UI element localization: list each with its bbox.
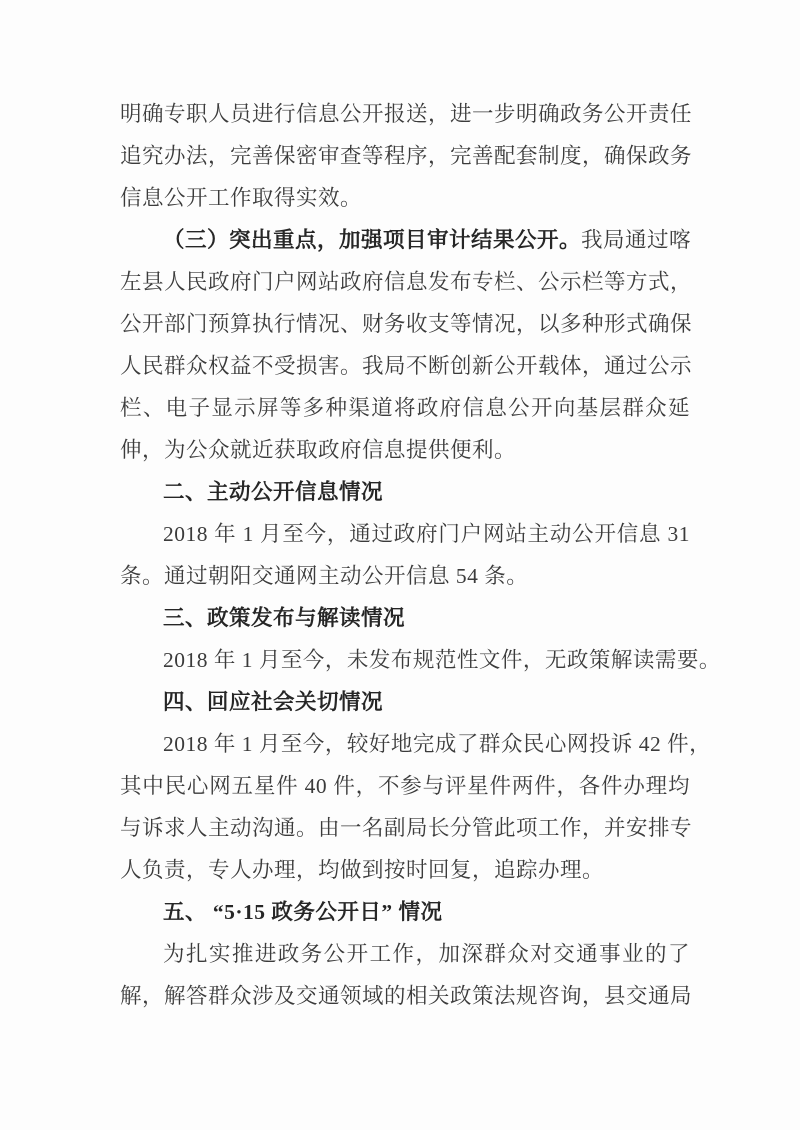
paragraph-first-line: （三）突出重点，加强项目审计结果公开。我局通过喀 (120, 219, 690, 261)
body-line: 条。通过朝阳交通网主动公开信息 54 条。 (120, 555, 690, 597)
body-line: 栏、电子显示屏等多种渠道将政府信息公开向基层群众延 (120, 387, 690, 429)
body-line: 人民群众权益不受损害。我局不断创新公开载体，通过公示 (120, 345, 690, 387)
section-heading-2: 二、主动公开信息情况 (120, 471, 690, 513)
body-line: 人负责，专人办理，均做到按时回复，追踪办理。 (120, 849, 690, 891)
body-line: 信息公开工作取得实效。 (120, 177, 690, 219)
body-line: 2018 年 1 月至今，较好地完成了群众民心网投诉 42 件， (120, 723, 690, 765)
body-line: 伸，为公众就近获取政府信息提供便利。 (120, 429, 690, 471)
section-heading-4: 四、回应社会关切情况 (120, 681, 690, 723)
section-3-run-in-heading: （三）突出重点，加强项目审计结果公开。 (163, 228, 581, 252)
body-line: 左县人民政府门户网站政府信息发布专栏、公示栏等方式， (120, 261, 690, 303)
body-line: 2018 年 1 月至今，通过政府门户网站主动公开信息 31 (120, 513, 690, 555)
document-text-column: 明确专职人员进行信息公开报送，进一步明确政务公开责任 追究办法，完善保密审查等程… (120, 93, 690, 1017)
document-page: 明确专职人员进行信息公开报送，进一步明确政务公开责任 追究办法，完善保密审查等程… (0, 0, 800, 1130)
body-line: 解，解答群众涉及交通领域的相关政策法规咨询，县交通局 (120, 975, 690, 1017)
section-heading-3: 三、政策发布与解读情况 (120, 597, 690, 639)
body-line: 2018 年 1 月至今，未发布规范性文件，无政策解读需要。 (120, 639, 690, 681)
body-line: 明确专职人员进行信息公开报送，进一步明确政务公开责任 (120, 93, 690, 135)
body-line: 追究办法，完善保密审查等程序，完善配套制度，确保政务 (120, 135, 690, 177)
body-line: 为扎实推进政务公开工作，加深群众对交通事业的了 (120, 933, 690, 975)
body-line: 与诉求人主动沟通。由一名副局长分管此项工作，并安排专 (120, 807, 690, 849)
section-heading-5: 五、 “5·15 政务公开日” 情况 (120, 891, 690, 933)
body-line: 其中民心网五星件 40 件，不参与评星件两件，各件办理均 (120, 765, 690, 807)
body-line: 公开部门预算执行情况、财务收支等情况，以多种形式确保 (120, 303, 690, 345)
body-run: 我局通过喀 (581, 228, 691, 252)
